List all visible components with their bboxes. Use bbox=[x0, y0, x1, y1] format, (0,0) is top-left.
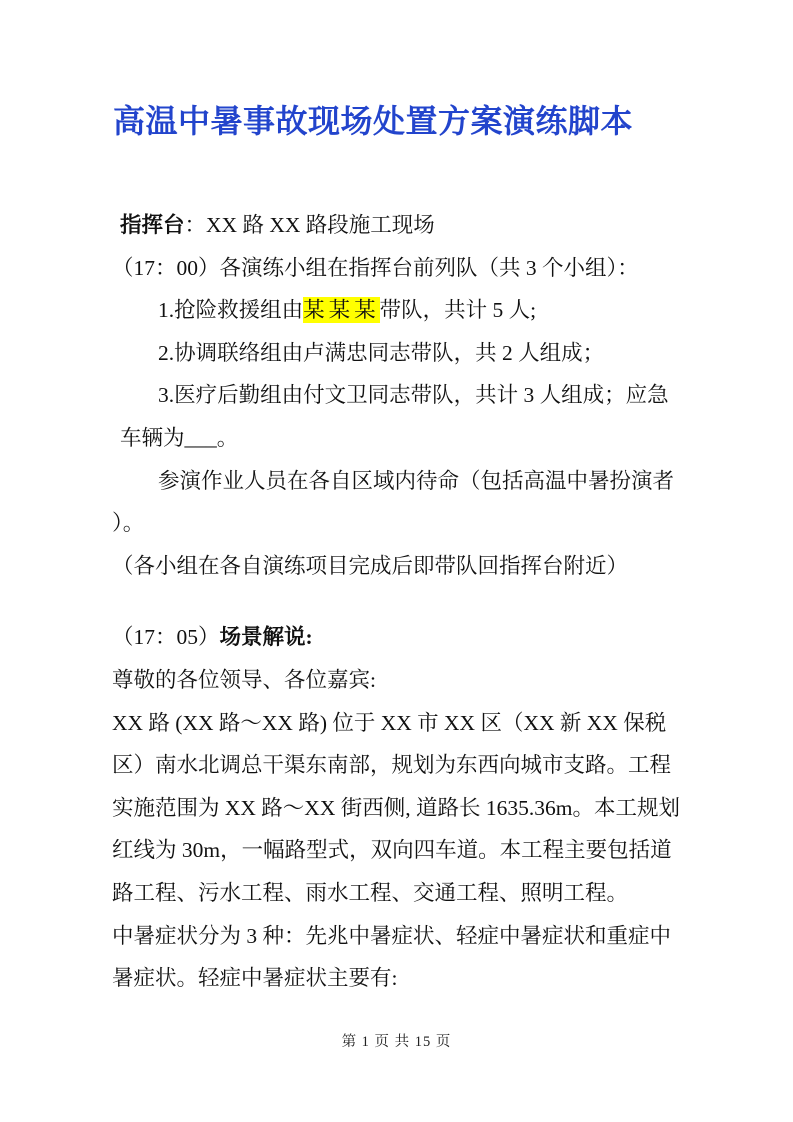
text-line: XX 路 (XX 路～XX 路) 位于 XX 市 XX 区（XX 新 XX 保税 bbox=[112, 702, 712, 745]
text-line: 指挥台：XX 路 XX 路段施工现场 bbox=[112, 204, 712, 247]
text-line: 暑症状。轻症中暑症状主要有: bbox=[112, 957, 712, 1000]
text-segment: 中暑症状分为 3 种：先兆中暑症状、轻症中暑症状和重症中 bbox=[112, 924, 671, 948]
document-body: 指挥台：XX 路 XX 路段施工现场（17：00）各演练小组在指挥台前列队（共 … bbox=[112, 204, 712, 1000]
text-segment: （17：00）各演练小组在指挥台前列队（共 3 个小组）： bbox=[112, 256, 639, 280]
text-segment: 实施范围为 XX 路～XX 街西侧, 道路长 1635.36m。本工规划 bbox=[112, 796, 680, 820]
text-line: 2.协调联络组由卢满忠同志带队，共 2 人组成； bbox=[112, 332, 712, 375]
text-segment: ：XX 路 XX 路段施工现场 bbox=[185, 213, 435, 237]
text-line: 参演作业人员在各自区域内待命（包括高温中暑扮演者 bbox=[112, 460, 712, 503]
text-line: ）。 bbox=[112, 502, 712, 545]
text-segment: （各小组在各自演练项目完成后即带队回指挥台附近） bbox=[112, 554, 628, 578]
text-line: 中暑症状分为 3 种：先兆中暑症状、轻症中暑症状和重症中 bbox=[112, 915, 712, 958]
text-line: 尊敬的各位领导、各位嘉宾: bbox=[112, 659, 712, 702]
text-segment: 路工程、污水工程、雨水工程、交通工程、照明工程。 bbox=[112, 881, 628, 905]
text-segment: 指挥台 bbox=[120, 213, 185, 237]
text-segment: 车辆为 bbox=[120, 426, 185, 450]
text-segment: 场景解说: bbox=[220, 625, 313, 649]
text-line: （17：00）各演练小组在指挥台前列队（共 3 个小组）： bbox=[112, 247, 712, 290]
text-segment: 区）南水北调总干渠东南部，规划为东西向城市支路。工程 bbox=[112, 753, 671, 777]
text-line: （各小组在各自演练项目完成后即带队回指挥台附近） bbox=[112, 545, 712, 588]
text-line: 3.医疗后勤组由付文卫同志带队，共计 3 人组成；应急 bbox=[112, 374, 712, 417]
text-segment: ___ bbox=[185, 426, 217, 450]
text-line: （17：05）场景解说: bbox=[112, 616, 712, 659]
text-line: 区）南水北调总干渠东南部，规划为东西向城市支路。工程 bbox=[112, 744, 712, 787]
text-segment: XX 路 (XX 路～XX 路) 位于 XX 市 XX 区（XX 新 XX 保税 bbox=[112, 711, 666, 735]
text-line: 实施范围为 XX 路～XX 街西侧, 道路长 1635.36m。本工规划 bbox=[112, 787, 712, 830]
text-line: 1.抢险救援组由某某某带队，共计 5 人; bbox=[112, 289, 712, 332]
text-segment: （17：05） bbox=[112, 625, 220, 649]
page-footer: 第 1 页 共 15 页 bbox=[0, 1032, 793, 1052]
text-segment: 带队，共计 5 人; bbox=[380, 298, 536, 322]
text-segment: 3.医疗后勤组由付文卫同志带队，共计 3 人组成；应急 bbox=[158, 383, 669, 407]
text-line: 路工程、污水工程、雨水工程、交通工程、照明工程。 bbox=[112, 872, 712, 915]
text-segment: 红线为 30m，一幅路型式，双向四车道。本工程主要包括道 bbox=[112, 838, 672, 862]
document-title: 高温中暑事故现场处置方案演练脚本 bbox=[113, 97, 633, 145]
text-segment: 1.抢险救援组由 bbox=[158, 298, 303, 322]
text-segment: 2.协调联络组由卢满忠同志带队，共 2 人组成； bbox=[158, 341, 604, 365]
text-line: 车辆为___。 bbox=[112, 417, 712, 460]
text-segment: 。 bbox=[217, 426, 239, 450]
text-segment: 暑症状。轻症中暑症状主要有: bbox=[112, 966, 397, 990]
document-page: 高温中暑事故现场处置方案演练脚本 指挥台：XX 路 XX 路段施工现场（17：0… bbox=[0, 0, 793, 1122]
text-segment: 参演作业人员在各自区域内待命（包括高温中暑扮演者 bbox=[158, 469, 674, 493]
text-segment: ）。 bbox=[112, 511, 144, 535]
page-number-label: 第 1 页 共 15 页 bbox=[342, 1034, 452, 1050]
text-line: 红线为 30m，一幅路型式，双向四车道。本工程主要包括道 bbox=[112, 829, 712, 872]
highlighted-text: 某某某 bbox=[303, 297, 380, 323]
text-segment: 尊敬的各位领导、各位嘉宾: bbox=[112, 668, 376, 692]
